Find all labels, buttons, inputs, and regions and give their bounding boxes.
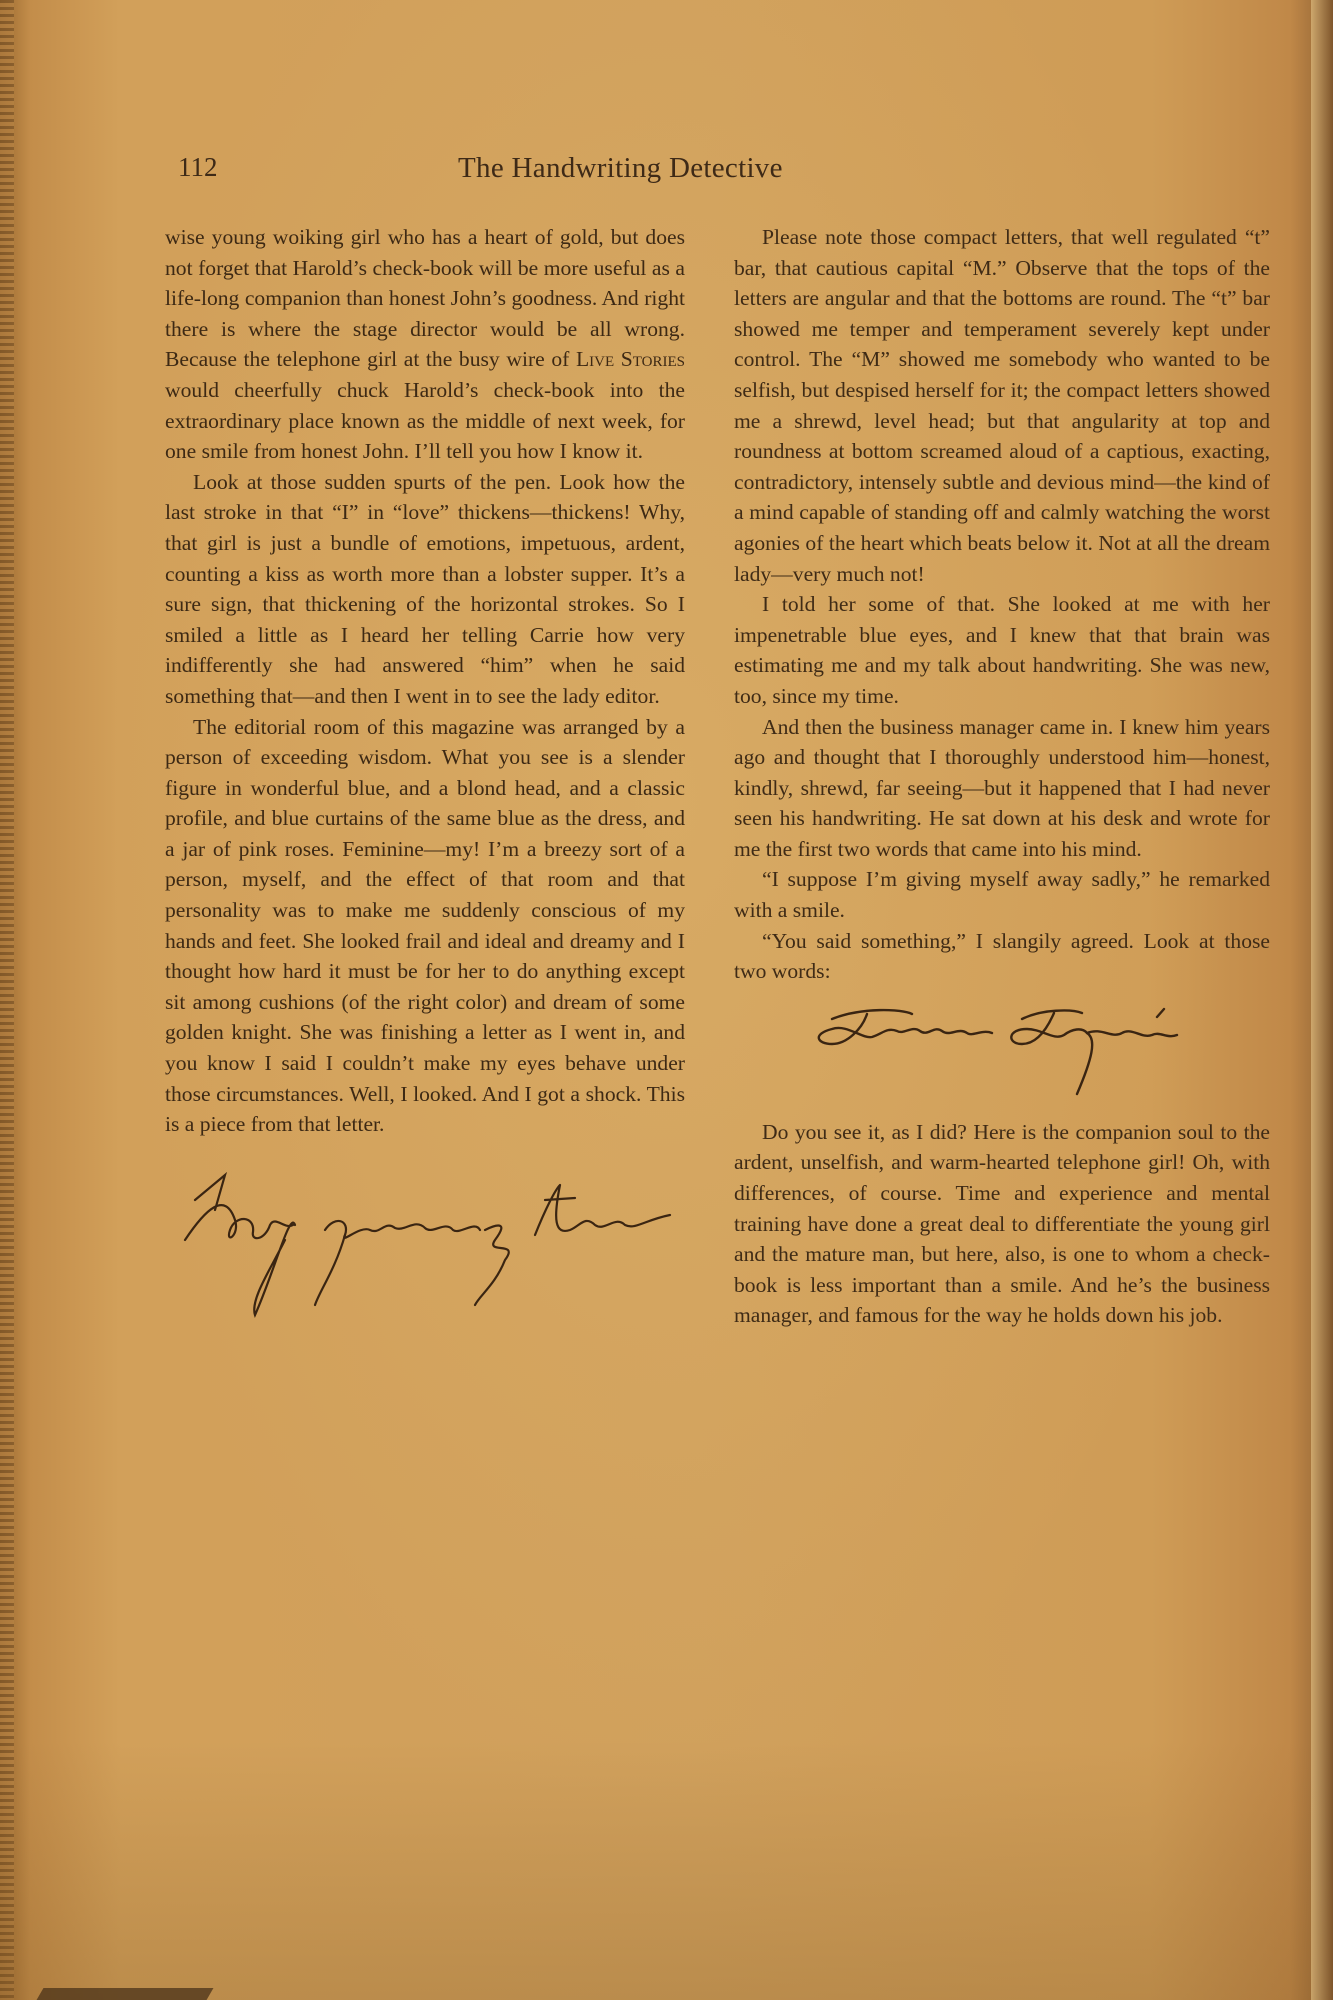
book-page: 112 The Handwriting Detective wise young… xyxy=(0,0,1333,2000)
page-fold-corner xyxy=(37,1988,214,2000)
paragraph: “I suppose I’m giving myself away sadly,… xyxy=(734,864,1270,925)
magazine-name: Live Stories xyxy=(576,347,685,371)
page-header: 112 The Handwriting Detective xyxy=(178,152,1198,192)
paragraph: I told her some of that. She looked at m… xyxy=(734,589,1270,711)
paragraph: wise young woiking girl who has a heart … xyxy=(165,222,685,467)
handwriting-sample-signature xyxy=(792,999,1212,1099)
paragraph: The editorial room of this magazine was … xyxy=(165,712,685,1140)
running-title: The Handwriting Detective xyxy=(458,152,783,185)
handwriting-sample-letter xyxy=(175,1170,675,1320)
paragraph: Look at those sudden spurts of the pen. … xyxy=(165,467,685,712)
paragraph: Please note those compact letters, that … xyxy=(734,222,1270,589)
paragraph: “You said something,” I slangily agreed.… xyxy=(734,926,1270,987)
paragraph: And then the business manager came in. I… xyxy=(734,712,1270,865)
page-shadow xyxy=(0,1740,1333,2000)
left-column: wise young woiking girl who has a heart … xyxy=(165,222,685,1320)
right-column: Please note those compact letters, that … xyxy=(734,222,1270,1331)
paragraph: Do you see it, as I did? Here is the com… xyxy=(734,1117,1270,1331)
page-number: 112 xyxy=(178,152,218,183)
paragraph-text: would cheerfully chuck Harold’s check-bo… xyxy=(165,378,685,463)
